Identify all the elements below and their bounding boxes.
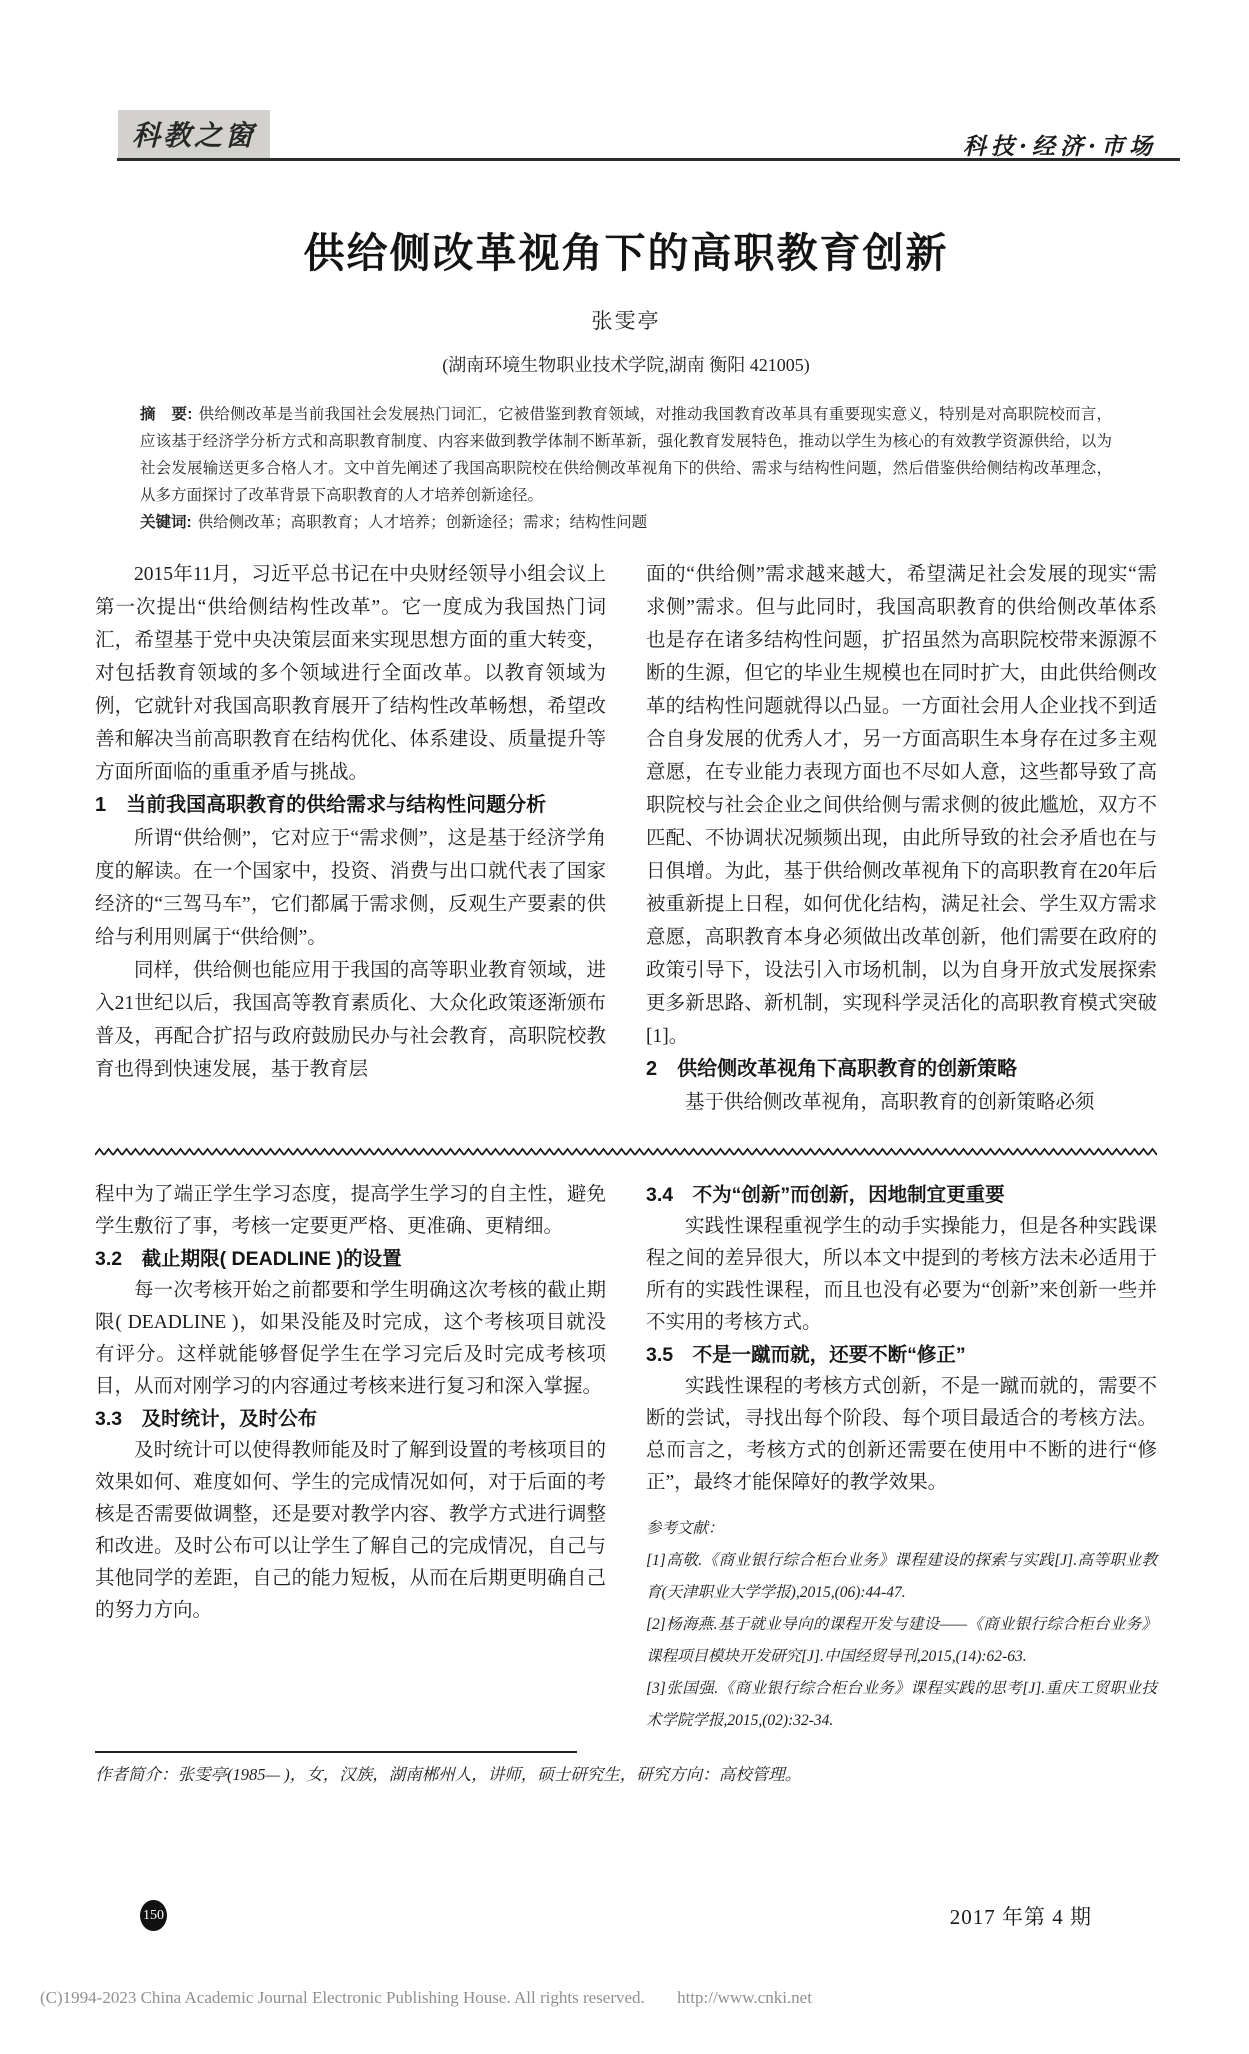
section-heading-3-4: 3.4 不为“创新”而创新，因地制宜更重要 [646, 1179, 1157, 1211]
paragraph: 每一次考核开始之前都要和学生明确这次考核的截止期限( DEADLINE )，如果… [95, 1275, 606, 1403]
paragraph: 实践性课程的考核方式创新，不是一蹴而就的，需要不断的尝试，寻找出每个阶段、每个项… [646, 1371, 1157, 1499]
paragraph: 同样，供给侧也能应用于我国的高等职业教育领域，进入21世纪以后，我国高等教育素质… [95, 954, 606, 1086]
cnki-url: http://www.cnki.net [677, 1988, 812, 2007]
author-bio: 作者简介：张雯亭(1985— )，女，汉族，湖南郴州人，讲师，硕士研究生，研究方… [95, 1761, 1157, 1785]
section-heading-3-3: 3.3 及时统计，及时公布 [95, 1403, 606, 1435]
header-rule [117, 158, 1180, 161]
zigzag-pattern [95, 1147, 1157, 1157]
article-body: 供给侧改革视角下的高职教育创新 张雯亭 (湖南环境生物职业技术学院,湖南 衡阳 … [95, 200, 1157, 1785]
lower-columns: 程中为了端正学生学习态度，提高学生学习的自主性，避免学生敷衍了事，考核一定要更严… [95, 1179, 1157, 1737]
abstract-text: 供给侧改革是当前我国社会发展热门词汇，它被借鉴到教育领域，对推动我国教育改革具有… [140, 406, 1112, 504]
article-author: 张雯亭 [95, 305, 1157, 335]
paragraph: 2015年11月，习近平总书记在中央财经领导小组会议上第一次提出“供给侧结构性改… [95, 558, 606, 789]
journal-page: 科教之窗 科技·经济·市场 供给侧改革视角下的高职教育创新 张雯亭 (湖南环境生… [0, 0, 1249, 2054]
upper-right-column: 面的“供给侧”需求越来越大，希望满足社会发展的现实“需求侧”需求。但与此同时，我… [646, 558, 1157, 1119]
reference-item: [2]杨海燕.基于就业导向的课程开发与建设——《商业银行综合柜台业务》课程项目模… [646, 1609, 1157, 1673]
paragraph: 实践性课程重视学生的动手实操能力，但是各种实践课程之间的差异很大，所以本文中提到… [646, 1211, 1157, 1339]
journal-section-logo: 科教之窗 [118, 110, 270, 158]
upper-left-column: 2015年11月，习近平总书记在中央财经领导小组会议上第一次提出“供给侧结构性改… [95, 558, 606, 1119]
upper-columns: 2015年11月，习近平总书记在中央财经领导小组会议上第一次提出“供给侧结构性改… [95, 558, 1157, 1119]
lower-right-column: 3.4 不为“创新”而创新，因地制宜更重要 实践性课程重视学生的动手实操能力，但… [646, 1179, 1157, 1737]
paragraph: 及时统计可以使得教师能及时了解到设置的考核项目的效果如何、难度如何、学生的完成情… [95, 1435, 606, 1627]
keywords-text: 供给侧改革；高职教育；人才培养；创新途径；需求；结构性问题 [198, 514, 648, 531]
paragraph: 程中为了端正学生学习态度，提高学生学习的自主性，避免学生敷衍了事，考核一定要更严… [95, 1179, 606, 1243]
paragraph: 基于供给侧改革视角，高职教育的创新策略必须 [646, 1086, 1157, 1119]
section-heading-2: 2 供给侧改革视角下高职教育的创新策略 [646, 1053, 1157, 1086]
copyright-line: (C)1994-2023 China Academic Journal Elec… [40, 1988, 812, 2008]
keywords: 关键词:供给侧改革；高职教育；人才培养；创新途径；需求；结构性问题 [140, 509, 1112, 536]
paragraph: 所谓“供给侧”，它对应于“需求侧”，这是基于经济学角度的解读。在一个国家中，投资… [95, 822, 606, 954]
article-affiliation: (湖南环境生物职业技术学院,湖南 衡阳 421005) [95, 351, 1157, 377]
abstract: 摘 要:供给侧改革是当前我国社会发展热门词汇，它被借鉴到教育领域，对推动我国教育… [140, 401, 1112, 509]
reference-item: [3]张国强.《商业银行综合柜台业务》课程实践的思考[J].重庆工贸职业技术学院… [646, 1673, 1157, 1737]
copyright-text: (C)1994-2023 China Academic Journal Elec… [40, 1988, 645, 2007]
journal-section-logo-text: 科教之窗 [132, 114, 256, 154]
reference-item: [1]高敬.《商业银行综合柜台业务》课程建设的探索与实践[J].高等职业教育(天… [646, 1545, 1157, 1609]
references: 参考文献： [1]高敬.《商业银行综合柜台业务》课程建设的探索与实践[J].高等… [646, 1513, 1157, 1737]
page-number-badge: 150 [140, 1900, 167, 1931]
section-heading-1: 1 当前我国高职教育的供给需求与结构性问题分析 [95, 789, 606, 822]
bio-divider [95, 1751, 577, 1753]
footer-row: 150 2017 年第 4 期 [95, 1900, 1157, 1931]
paragraph: 面的“供给侧”需求越来越大，希望满足社会发展的现实“需求侧”需求。但与此同时，我… [646, 558, 1157, 1053]
section-heading-3-2: 3.2 截止期限( DEADLINE )的设置 [95, 1243, 606, 1275]
abstract-label: 摘 要: [140, 406, 192, 423]
issue-label: 2017 年第 4 期 [950, 1901, 1092, 1931]
keywords-label: 关键词: [140, 514, 192, 531]
references-label: 参考文献： [646, 1513, 1157, 1545]
zigzag-separator [95, 1147, 1157, 1157]
section-heading-3-5: 3.5 不是一蹴而就，还要不断“修正” [646, 1339, 1157, 1371]
article-title: 供给侧改革视角下的高职教育创新 [95, 220, 1157, 279]
journal-name: 科技·经济·市场 [963, 128, 1157, 161]
lower-left-column: 程中为了端正学生学习态度，提高学生学习的自主性，避免学生敷衍了事，考核一定要更严… [95, 1179, 606, 1737]
